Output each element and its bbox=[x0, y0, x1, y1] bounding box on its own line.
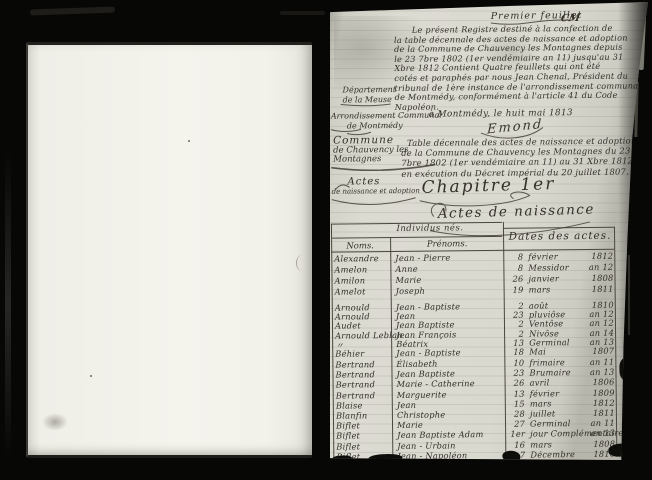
row-date-annee: 1811 bbox=[571, 408, 615, 418]
scan-artifact-streak bbox=[280, 11, 325, 15]
row-prenom: Jean - Napoléon bbox=[397, 450, 505, 461]
row-nom: Biflet bbox=[336, 430, 391, 441]
scan-artifact-streak bbox=[30, 7, 115, 16]
signature: Emond bbox=[487, 117, 544, 138]
binding-edge-shadow bbox=[618, 2, 648, 460]
page-stain bbox=[42, 413, 68, 431]
microfilm-scan: Premier feuillet CM Le présent Registre … bbox=[0, 0, 652, 480]
margin-note-actes: Actes de naissance et adoption bbox=[331, 177, 419, 197]
row-nom: Bertrand bbox=[335, 369, 390, 380]
row-nom: Amelot bbox=[335, 286, 390, 297]
row-date-jour: 28 bbox=[505, 409, 525, 419]
page-content: Premier feuillet CM Le présent Registre … bbox=[328, 0, 651, 461]
margin-line: de Montmédy bbox=[331, 120, 442, 131]
row-nom: Bertrand bbox=[336, 379, 391, 390]
row-nom: Amelon bbox=[334, 264, 389, 275]
row-prenom: Marie bbox=[395, 274, 503, 285]
row-date-jour: 26 bbox=[503, 274, 523, 284]
margin-note-commune: Commune de Chauvency les Montagnes bbox=[333, 136, 409, 165]
row-nom: Biflet bbox=[336, 441, 391, 452]
table-group-header: Individus nés. bbox=[360, 223, 500, 234]
row-date-jour: 19 bbox=[504, 285, 524, 295]
row-prenom: Jean - Pierre bbox=[395, 252, 503, 263]
opening-paragraph: Le présent Registre destiné à la confect… bbox=[394, 23, 647, 112]
margin-line: Montagnes bbox=[333, 155, 408, 165]
row-nom: Amilon bbox=[334, 275, 389, 286]
row-date-jour: 15 bbox=[505, 398, 525, 408]
torn-paper-sliver bbox=[628, 255, 630, 335]
table-body: Alexandre Jean - Pierre 8 février 1812 A… bbox=[328, 0, 646, 3]
row-nom: Blaise bbox=[336, 400, 391, 411]
blank-verso-page bbox=[26, 42, 312, 458]
margin-note-departement: Département de la Meuse bbox=[342, 85, 396, 105]
row-date-jour: 26 bbox=[505, 378, 525, 388]
row-prenom: Jean - Baptiste bbox=[396, 347, 504, 358]
section-heading: Actes de naissance bbox=[438, 202, 595, 222]
margin-line: Département bbox=[342, 85, 396, 95]
row-date-jour: 27 bbox=[505, 419, 525, 429]
row-nom: Biflet bbox=[336, 420, 391, 431]
ink-blot bbox=[502, 451, 520, 462]
margin-line: de naissance et adoption bbox=[332, 186, 420, 196]
row-date-jour: 23 bbox=[504, 368, 524, 378]
row-date-annee: 1808 bbox=[569, 273, 613, 283]
margin-line: de la Meuse bbox=[343, 94, 397, 104]
table-rule bbox=[503, 227, 614, 229]
column-header-noms: Noms. bbox=[332, 241, 388, 252]
page-curl bbox=[296, 255, 308, 271]
register-recto-page: Premier feuillet CM Le présent Registre … bbox=[330, 2, 648, 460]
row-date-annee: 1812 bbox=[571, 397, 615, 407]
scan-artifact-streak bbox=[5, 150, 11, 460]
row-nom: Bertrand bbox=[335, 359, 390, 370]
row-prenom: Anne bbox=[395, 263, 503, 274]
row-date-jour: 1er bbox=[505, 429, 525, 439]
margin-note-arrondissement: Arrondissement Communal de Montmédy bbox=[331, 110, 442, 130]
row-date-annee: an 11 bbox=[570, 357, 614, 367]
row-date-annee: 1806 bbox=[571, 377, 615, 387]
ink-blot bbox=[368, 454, 402, 463]
row-nom: Blanfin bbox=[336, 410, 391, 421]
column-header-prenoms: Prénoms. bbox=[392, 239, 502, 250]
row-date-jour: 13 bbox=[505, 388, 525, 398]
row-date-jour: 10 bbox=[504, 358, 524, 368]
row-date-annee: 1811 bbox=[570, 284, 614, 294]
row-date-jour: 8 bbox=[503, 263, 523, 273]
row-date-annee: an 12 bbox=[569, 262, 613, 272]
row-date-jour: 8 bbox=[503, 252, 523, 262]
row-date-jour: 16 bbox=[505, 439, 525, 449]
row-date-annee: 1812 bbox=[569, 251, 613, 261]
page-speck bbox=[90, 375, 92, 377]
row-nom: Alexandre bbox=[334, 253, 389, 264]
row-prenom: Joseph bbox=[396, 285, 504, 296]
column-header-dates: Dates des actes. bbox=[508, 230, 612, 243]
ink-blot bbox=[332, 455, 352, 463]
row-nom: Bertrand bbox=[336, 390, 391, 401]
chapter-heading: Chapitre 1er bbox=[421, 174, 555, 198]
row-date-jour: 18 bbox=[504, 347, 524, 357]
page-speck bbox=[188, 140, 190, 142]
margin-line: Arrondissement Communal bbox=[331, 110, 442, 121]
row-date-annee: an 11 bbox=[571, 418, 615, 428]
dateline: à Montmédy, le huit mai 1813 bbox=[429, 108, 573, 120]
row-date-annee: 1807 bbox=[570, 346, 614, 356]
table-row: Amelot Joseph 19 mars 1811 bbox=[332, 284, 618, 297]
row-date-annee: an 13 bbox=[571, 428, 615, 438]
row-date-annee: an 13 bbox=[570, 367, 614, 377]
row-date-annee: 1809 bbox=[571, 387, 615, 397]
table-caption: Table décennale des actes de naissance e… bbox=[401, 135, 651, 178]
row-nom: Béhier bbox=[335, 348, 390, 359]
